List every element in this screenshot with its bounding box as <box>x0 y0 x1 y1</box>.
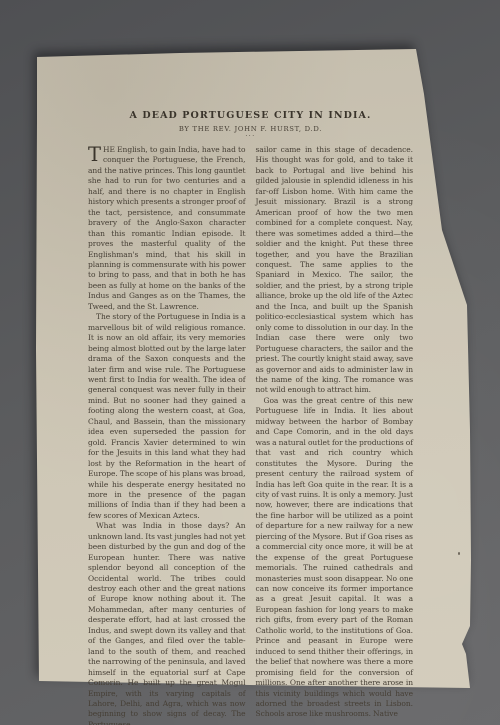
paper-speck <box>458 552 460 555</box>
paragraph: What was India in those days? An unknown… <box>88 521 246 725</box>
article: A DEAD PORTUGUESE CITY IN INDIA. BY THE … <box>88 110 413 725</box>
article-byline: BY THE REV. JOHN F. HURST, D.D. <box>88 125 413 133</box>
right-column: sailor came in this stage of decadence. … <box>256 145 414 725</box>
left-column: THE English, to gain India, have had to … <box>88 145 246 725</box>
paragraph: The story of the Portuguese in India is … <box>88 312 246 521</box>
article-title: A DEAD PORTUGUESE CITY IN INDIA. <box>88 110 413 121</box>
paragraph: sailor came in this stage of decadence. … <box>256 145 414 396</box>
ornament-dots: ··· <box>88 134 413 140</box>
photo-background: A DEAD PORTUGUESE CITY IN INDIA. BY THE … <box>0 0 500 725</box>
drop-cap: T <box>88 145 103 163</box>
text-columns: THE English, to gain India, have had to … <box>88 145 413 725</box>
paragraph: Goa was the great centre of this new Por… <box>256 396 414 720</box>
paragraph: THE English, to gain India, have had to … <box>88 145 246 312</box>
